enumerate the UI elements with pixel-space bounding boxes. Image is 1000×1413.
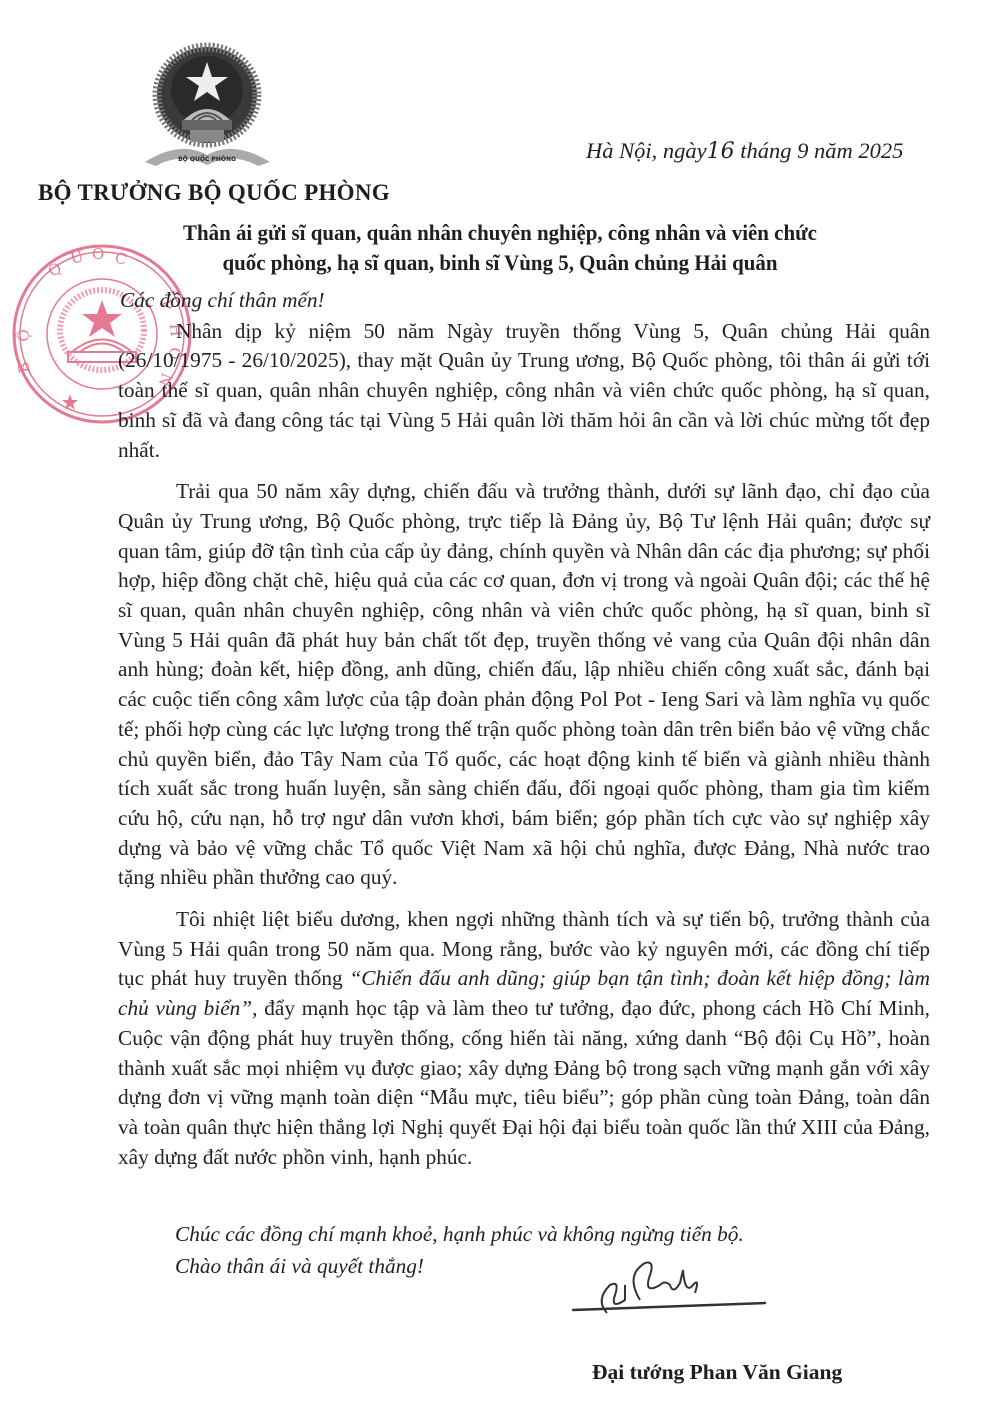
recipient-line-2: quốc phòng, hạ sĩ quan, binh sĩ Vùng 5, … <box>91 248 909 278</box>
national-emblem-icon: BỘ QUỐC PHÒNG <box>140 40 275 180</box>
svg-text:U: U <box>68 247 85 268</box>
paragraph-3-part-2: , đẩy mạnh học tập và làm theo tư tưởng,… <box>118 996 930 1169</box>
ministry-title: BỘ TRƯỞNG BỘ QUỐC PHÒNG <box>38 180 390 206</box>
closing-wish: Chúc các đồng chí mạnh khoẻ, hạnh phúc v… <box>175 1218 744 1250</box>
signer-name: Đại tướng Phan Văn Giang <box>592 1360 842 1385</box>
document-date: Hà Nội, ngày16 tháng 9 năm 2025 <box>586 138 903 164</box>
paragraph-2: Trải qua 50 năm xây dựng, chiến đấu và t… <box>118 477 930 893</box>
svg-text:Ộ: Ộ <box>14 329 33 343</box>
date-suffix: tháng 9 năm 2025 <box>735 138 904 163</box>
paragraph-1: Nhân dịp kỷ niệm 50 năm Ngày truyền thốn… <box>118 317 930 466</box>
handwritten-signature-icon <box>565 1255 805 1330</box>
svg-text:BỘ QUỐC PHÒNG: BỘ QUỐC PHÒNG <box>178 155 236 163</box>
letter-body: Các đồng chí thân mến! Nhân dịp kỷ niệm … <box>118 286 930 1184</box>
date-prefix: Hà Nội, ngày <box>586 138 707 163</box>
recipient-line-1: Thân ái gửi sĩ quan, quân nhân chuyên ng… <box>91 218 909 248</box>
paragraph-3: Tôi nhiệt liệt biểu dương, khen ngợi nhữ… <box>118 905 930 1172</box>
salutation: Các đồng chí thân mến! <box>118 286 930 316</box>
date-day: 16 <box>707 139 735 164</box>
recipient-heading: Thân ái gửi sĩ quan, quân nhân chuyên ng… <box>91 218 909 278</box>
